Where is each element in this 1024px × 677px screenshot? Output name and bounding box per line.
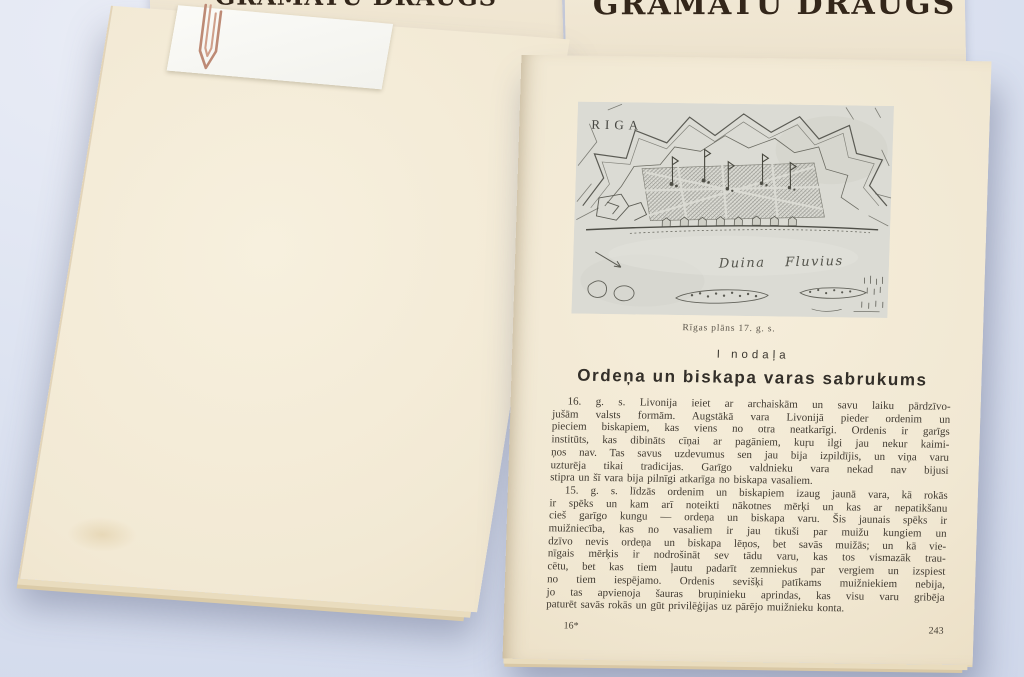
open-book-left-page [18,6,570,612]
chapter-number: I nodaļa [554,346,952,364]
page-number: 243 [928,626,943,637]
page-footer: 16* 243 [545,620,943,637]
map-city-blocks [640,161,826,224]
riga-map-illustration: RIGA Duina Fluvius [571,102,894,318]
figure-caption: Rīgas plāns 17. g. s. [571,322,887,336]
map-river-label: Duina Fluvius [718,254,844,272]
map-city-label: RIGA [591,117,643,133]
right-page-content: RIGA Duina Fluvius Rīgas plāns 17. g. s.… [503,55,991,637]
book-photo-scene: GRĀMATU DRAUGS GRĀMATU DRAUGS [0,0,1024,677]
page-stain [50,507,153,562]
riga-map-figure: RIGA Duina Fluvius [571,102,894,318]
paragraph-2: 15. g. s. līdzās ordenim un biskapiem iz… [546,484,948,617]
open-book-right-page: RIGA Duina Fluvius Rīgas plāns 17. g. s.… [503,55,992,665]
closed-book-right-title: GRĀMATU DRAUGS [593,0,937,22]
paragraph-1: 16. g. s. Livonija ieiet ar archaiskām u… [550,395,951,489]
chapter-heading: Ordeņa un biskapa varas sabrukums [553,365,952,391]
signature-mark: 16* [563,620,578,631]
